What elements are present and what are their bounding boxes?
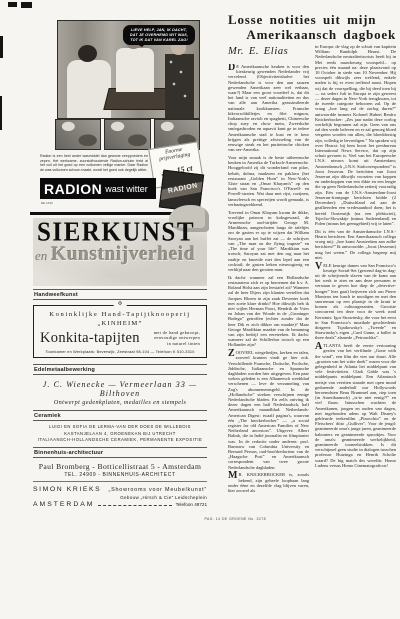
paragraph-text: OOVEEL wiegeliedjes, kerken en talen, zo… [228, 350, 309, 469]
speech-bubble: LIEVE HELP, JAN, IK DACHT, DAT JE OVERHE… [123, 25, 195, 45]
paragraph-text: Dit is één van de Amsterdamsche I.N.S.-H… [315, 229, 396, 260]
article-paragraph: Toevend in Omar Khayam kwam de dikke, vr… [228, 210, 309, 272]
ad-body-text: Radion is een heel ander wasmiddel dan g… [40, 154, 148, 173]
article-title-line2: Amerikaansch dagboek [228, 27, 396, 43]
banner-brand: RADION [44, 181, 102, 197]
comic-figure-man-front [116, 48, 154, 92]
paragraph-text: ELE keurige dames van San Francisco's ke… [315, 263, 396, 341]
radion-banner: RADION wast witter [40, 178, 156, 199]
krieks-showroom: „Showrooms voor Meubelkunst” [109, 487, 208, 493]
category-label-handweefkunst: Handweefkunst [33, 289, 207, 300]
krieks-city: AMSTERDAM [33, 501, 94, 508]
scan-mark [21, 2, 32, 8]
krieks-name: SIMON KRIEKS [33, 486, 101, 493]
paragraph-text: TLANTA heeft de eerste vertooning gezien… [315, 343, 396, 468]
directory: Handweefkunst ✣ Koninklijke Hand-Tapijtk… [33, 289, 207, 508]
krieks-phone: Telefoon 48721 [176, 502, 207, 507]
paragraph-text: in Europa: de vlag op de schuit van kapi… [315, 44, 396, 226]
banner-tagline: wast witter [105, 184, 148, 194]
article-author: Mr. E. Elias [228, 46, 288, 57]
paragraph-text: E Amerikaansche keuken is voor den kiesk… [228, 64, 309, 152]
dropcap: Z [228, 350, 235, 359]
ceramiek-entry: LUIGI EN SOFIA DE LERMA-VAN DER DOES DE … [33, 424, 207, 443]
kinheim-line1: Koninklijke Hand-Tapijtknooperij [38, 311, 202, 318]
paragraph-text: Voor mijn smaak is de beste uitheemsche … [228, 155, 309, 207]
comic-mini-panel [104, 119, 150, 150]
article-title-line1: Losse notities uit mijn [228, 12, 376, 28]
header-subtitle: Kunstnijverheid [51, 244, 195, 265]
speech-bubble-text: LIEVE HELP, JAN, IK DACHT, DAT JE OVERHE… [130, 28, 188, 42]
category-label-binnenhuis: Binnenhuis-architectuur [33, 447, 207, 458]
radion-ad: LIEVE HELP, JAN, IK DACHT, DAT JE OVERHE… [40, 18, 205, 208]
krieks-building: Gebouw „Hirsch & Cie” Leidscheplein [33, 495, 207, 500]
dropcap: D [228, 64, 235, 73]
dropcap: V [315, 263, 322, 272]
wienecke-desc: Ontwerpt gedenkplaten, medailles en stem… [33, 399, 207, 406]
krieks-dash-line [98, 502, 171, 507]
kinheim-name: „KINHEIM” [38, 320, 202, 327]
article-column-2: in Europa: de vlag op de schuit van kapi… [315, 44, 396, 560]
comic-figure-woman [165, 54, 194, 118]
article-paragraph: in Europa: de vlag op de schuit van kapi… [315, 44, 396, 226]
newspaper-page: LIEVE HELP, JAN, IK DACHT, DAT JE OVERHE… [0, 0, 400, 619]
comic-panel-large: LIEVE HELP, JAN, IK DACHT, DAT JE OVERHE… [57, 20, 200, 119]
paragraph-text: Toevend in Omar Khayam kwam de dikke, vr… [228, 210, 309, 272]
dropcap: A [315, 343, 322, 352]
kinheim-desc: met de hand geknoopt, eenvoudige ontwerp… [154, 330, 200, 348]
comic-figure-head [78, 45, 97, 62]
wienecke-name: J. C. Wienecke — Vermeerlaan 33 — Biltho… [33, 380, 207, 398]
section-header: SIERKUNST en Kunstnijverheid [33, 218, 207, 286]
kinheim-product: Konkita-tapijten [40, 330, 140, 347]
scan-mark [0, 36, 3, 58]
paragraph-text: R. KNICKERBOCKER is, zooals bekend, zijn… [228, 472, 309, 493]
ceramiek-line: LUIGI EN SOFIA DE LERMA-VAN DER DOES DE … [33, 424, 207, 430]
bromberg-line2: TEL. 24909 - BINNENHUIS-ARCHITECT [33, 472, 207, 478]
article-paragraph: Dit is één van de Amsterdamsche I.N.S.-H… [315, 229, 396, 260]
article-paragraph: ZOOVEEL wiegeliedjes, kerken en talen, z… [228, 350, 309, 470]
category-label-ceramiek: Ceramiek [33, 410, 207, 421]
article-column-1: DE Amerikaansche keuken is voor den kies… [228, 64, 309, 516]
page-footer: PAG. 14 DE GROENE No. 3278 [148, 517, 266, 521]
article-paragraph: Voor mijn smaak is de beste uitheemsche … [228, 155, 309, 207]
bromberg-line1: Paul Bromberg - Botticellistraat 5 - Ams… [33, 462, 207, 471]
paragraph-text: Ik dacht: wanneer zal een Hollandsche re… [228, 275, 309, 348]
kinheim-ad: ✣ Koninklijke Hand-Tapijtknooperij „KINH… [33, 305, 207, 358]
article-paragraph: ATLANTA heeft de eerste vertooning gezie… [315, 343, 396, 468]
kinheim-address: Toonkamer en Werkplaats: Beverwijk, Zees… [38, 350, 202, 354]
print-code: RE 1630 [41, 201, 53, 205]
dropcap: M [228, 472, 237, 481]
article-paragraph: Ik dacht: wanneer zal een Hollandsche re… [228, 275, 309, 348]
comic-mini-panel [55, 119, 101, 150]
ceramiek-line: ITALIAANSCH-HOLLANDSCHE CERAMIEK, PERMAN… [33, 437, 207, 443]
article-paragraph: DE Amerikaansche keuken is voor den kies… [228, 64, 309, 152]
scan-mark [8, 2, 17, 7]
category-label-edelmetaal: Edelmetaalbewerking [33, 364, 207, 375]
ornament-icon: ✣ [114, 302, 127, 308]
header-connector: en [35, 248, 47, 263]
entry-divider [33, 481, 207, 482]
scan-mark [0, 96, 2, 130]
article-paragraph: MR. KNICKERBOCKER is, zooals bekend, zij… [228, 472, 309, 493]
article-paragraph: VELE keurige dames van San Francisco's k… [315, 263, 396, 341]
